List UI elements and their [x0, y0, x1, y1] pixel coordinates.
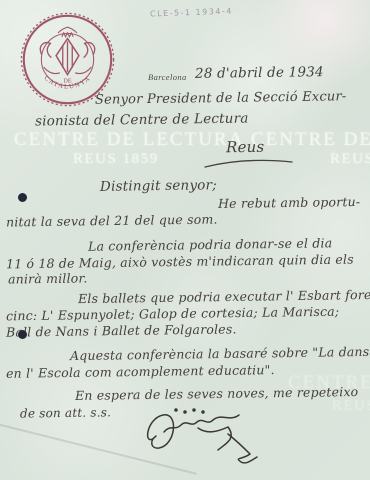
hole-punch-dot: [18, 330, 27, 339]
addressee-line: sionista del Centre de Lectura: [35, 111, 249, 130]
body-line: anirà millor.: [8, 270, 88, 286]
body-line: Ball de Nans i Ballet de Folgaroles.: [6, 321, 237, 339]
addressee-city: Reus: [226, 138, 265, 157]
watermark-centre-de-lectura: CENTRE DE LECTURA: [14, 129, 244, 151]
handwritten-date: 28 d'abril de 1934: [195, 64, 324, 82]
archive-code-annotation: CLE-5-1 1934-4: [150, 7, 233, 19]
body-line: 11 ó 18 de Maig, això vostès m'indicaran…: [6, 252, 354, 272]
city-underline-stroke: [203, 155, 295, 171]
body-line: en l' Escola com acomplement educatiu".: [6, 362, 275, 381]
body-line: nitat la seva del 21 del que som.: [6, 212, 218, 230]
watermark-reus-1859: REUS 1859: [73, 151, 159, 168]
watermark-centre-de-lectura: CENTRE DE LECTURA: [251, 129, 370, 151]
body-line: La conferència podria donar-se el dia: [88, 235, 333, 253]
printed-place-label: Barcelona: [148, 72, 187, 82]
body-line: cinc: L' Espunyolet; Galop de cortesia; …: [6, 304, 339, 324]
watermark-reus-1859: REUS 1859: [330, 151, 370, 168]
body-line: He rebut amb oportu-: [218, 194, 361, 211]
body-line: Aquesta conferència la basaré sobre "La …: [70, 344, 370, 363]
signature: [140, 400, 262, 466]
salutation: Distingit senyor;: [100, 177, 217, 195]
scanned-letter-page: CLE-5-1 1934-4 DE CATALUNYA CENTRE DE LE…: [0, 0, 370, 480]
addressee-line: Senyor President de la Secció Excur-: [95, 89, 347, 108]
watermark-reus-1859: REUS 1859: [332, 398, 370, 415]
closing-line: de son att. s.s.: [20, 405, 111, 420]
hole-punch-dot: [18, 193, 27, 202]
